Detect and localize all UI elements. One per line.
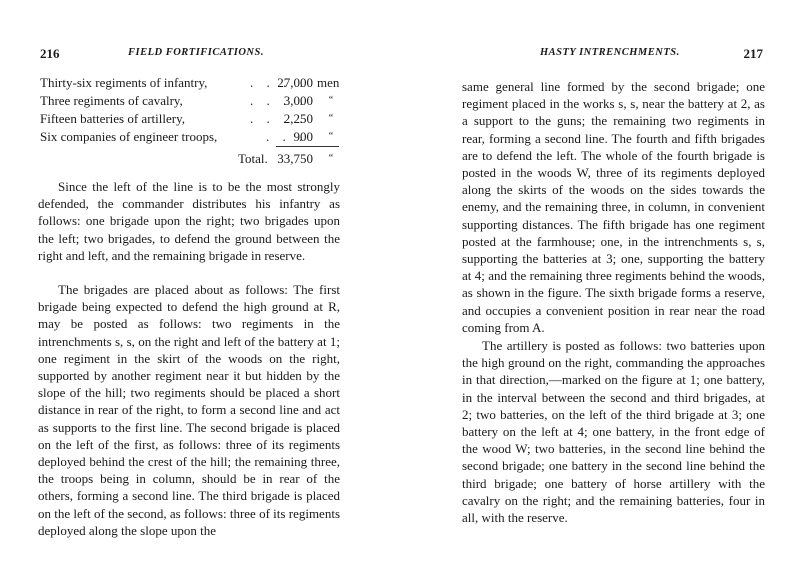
row-label: Three regiments of cavalry, xyxy=(40,92,183,110)
body-text: Since the left of the line is to be the … xyxy=(38,178,340,539)
table-row: Fifteen batteries of artillery, . . . . … xyxy=(40,110,345,128)
total-label: Total. xyxy=(238,150,268,168)
row-label: Six companies of engineer troops, xyxy=(40,128,217,146)
table-row: Six companies of engineer troops, . . . … xyxy=(40,128,345,146)
page-number: 216 xyxy=(40,46,60,62)
row-unit: men xyxy=(317,74,345,92)
paragraph: same general line formed by the second b… xyxy=(462,78,765,337)
row-unit: “ xyxy=(317,110,345,128)
right-page: HASTY INTRENCHMENTS. 217 same general li… xyxy=(405,0,810,584)
paragraph: The artillery is posted as follows: two … xyxy=(462,337,765,526)
row-value: 900 xyxy=(294,128,314,146)
row-label: Thirty-six regiments of infantry, xyxy=(40,74,207,92)
body-text: same general line formed by the second b… xyxy=(462,78,765,526)
row-value: 3,000 xyxy=(284,92,313,110)
total-unit: “ xyxy=(317,150,345,168)
row-label: Fifteen batteries of artillery, xyxy=(40,110,185,128)
troops-table: Thirty-six regiments of infantry, . . . … xyxy=(40,74,345,146)
running-head: 216 FIELD FORTIFICATIONS. xyxy=(40,46,340,62)
row-value: 2,250 xyxy=(284,110,313,128)
table-row: Thirty-six regiments of infantry, . . . … xyxy=(40,74,345,92)
running-head: HASTY INTRENCHMENTS. 217 xyxy=(473,46,763,62)
page-number: 217 xyxy=(744,46,764,62)
sum-rule xyxy=(276,146,339,147)
running-head-title: HASTY INTRENCHMENTS. xyxy=(540,47,680,58)
total-value: 33,750 xyxy=(277,150,313,168)
row-value: 27,000 xyxy=(277,74,313,92)
total-row: Total. 33,750 “ xyxy=(40,150,345,168)
paragraph: Since the left of the line is to be the … xyxy=(38,178,340,281)
running-head-title: FIELD FORTIFICATIONS. xyxy=(128,47,264,58)
row-unit: “ xyxy=(317,92,345,110)
row-unit: “ xyxy=(317,128,345,146)
paragraph: The brigades are placed about as follows… xyxy=(38,281,340,539)
left-page: 216 FIELD FORTIFICATIONS. Thirty-six reg… xyxy=(0,0,405,584)
table-row: Three regiments of cavalry, . . . . 3,00… xyxy=(40,92,345,110)
